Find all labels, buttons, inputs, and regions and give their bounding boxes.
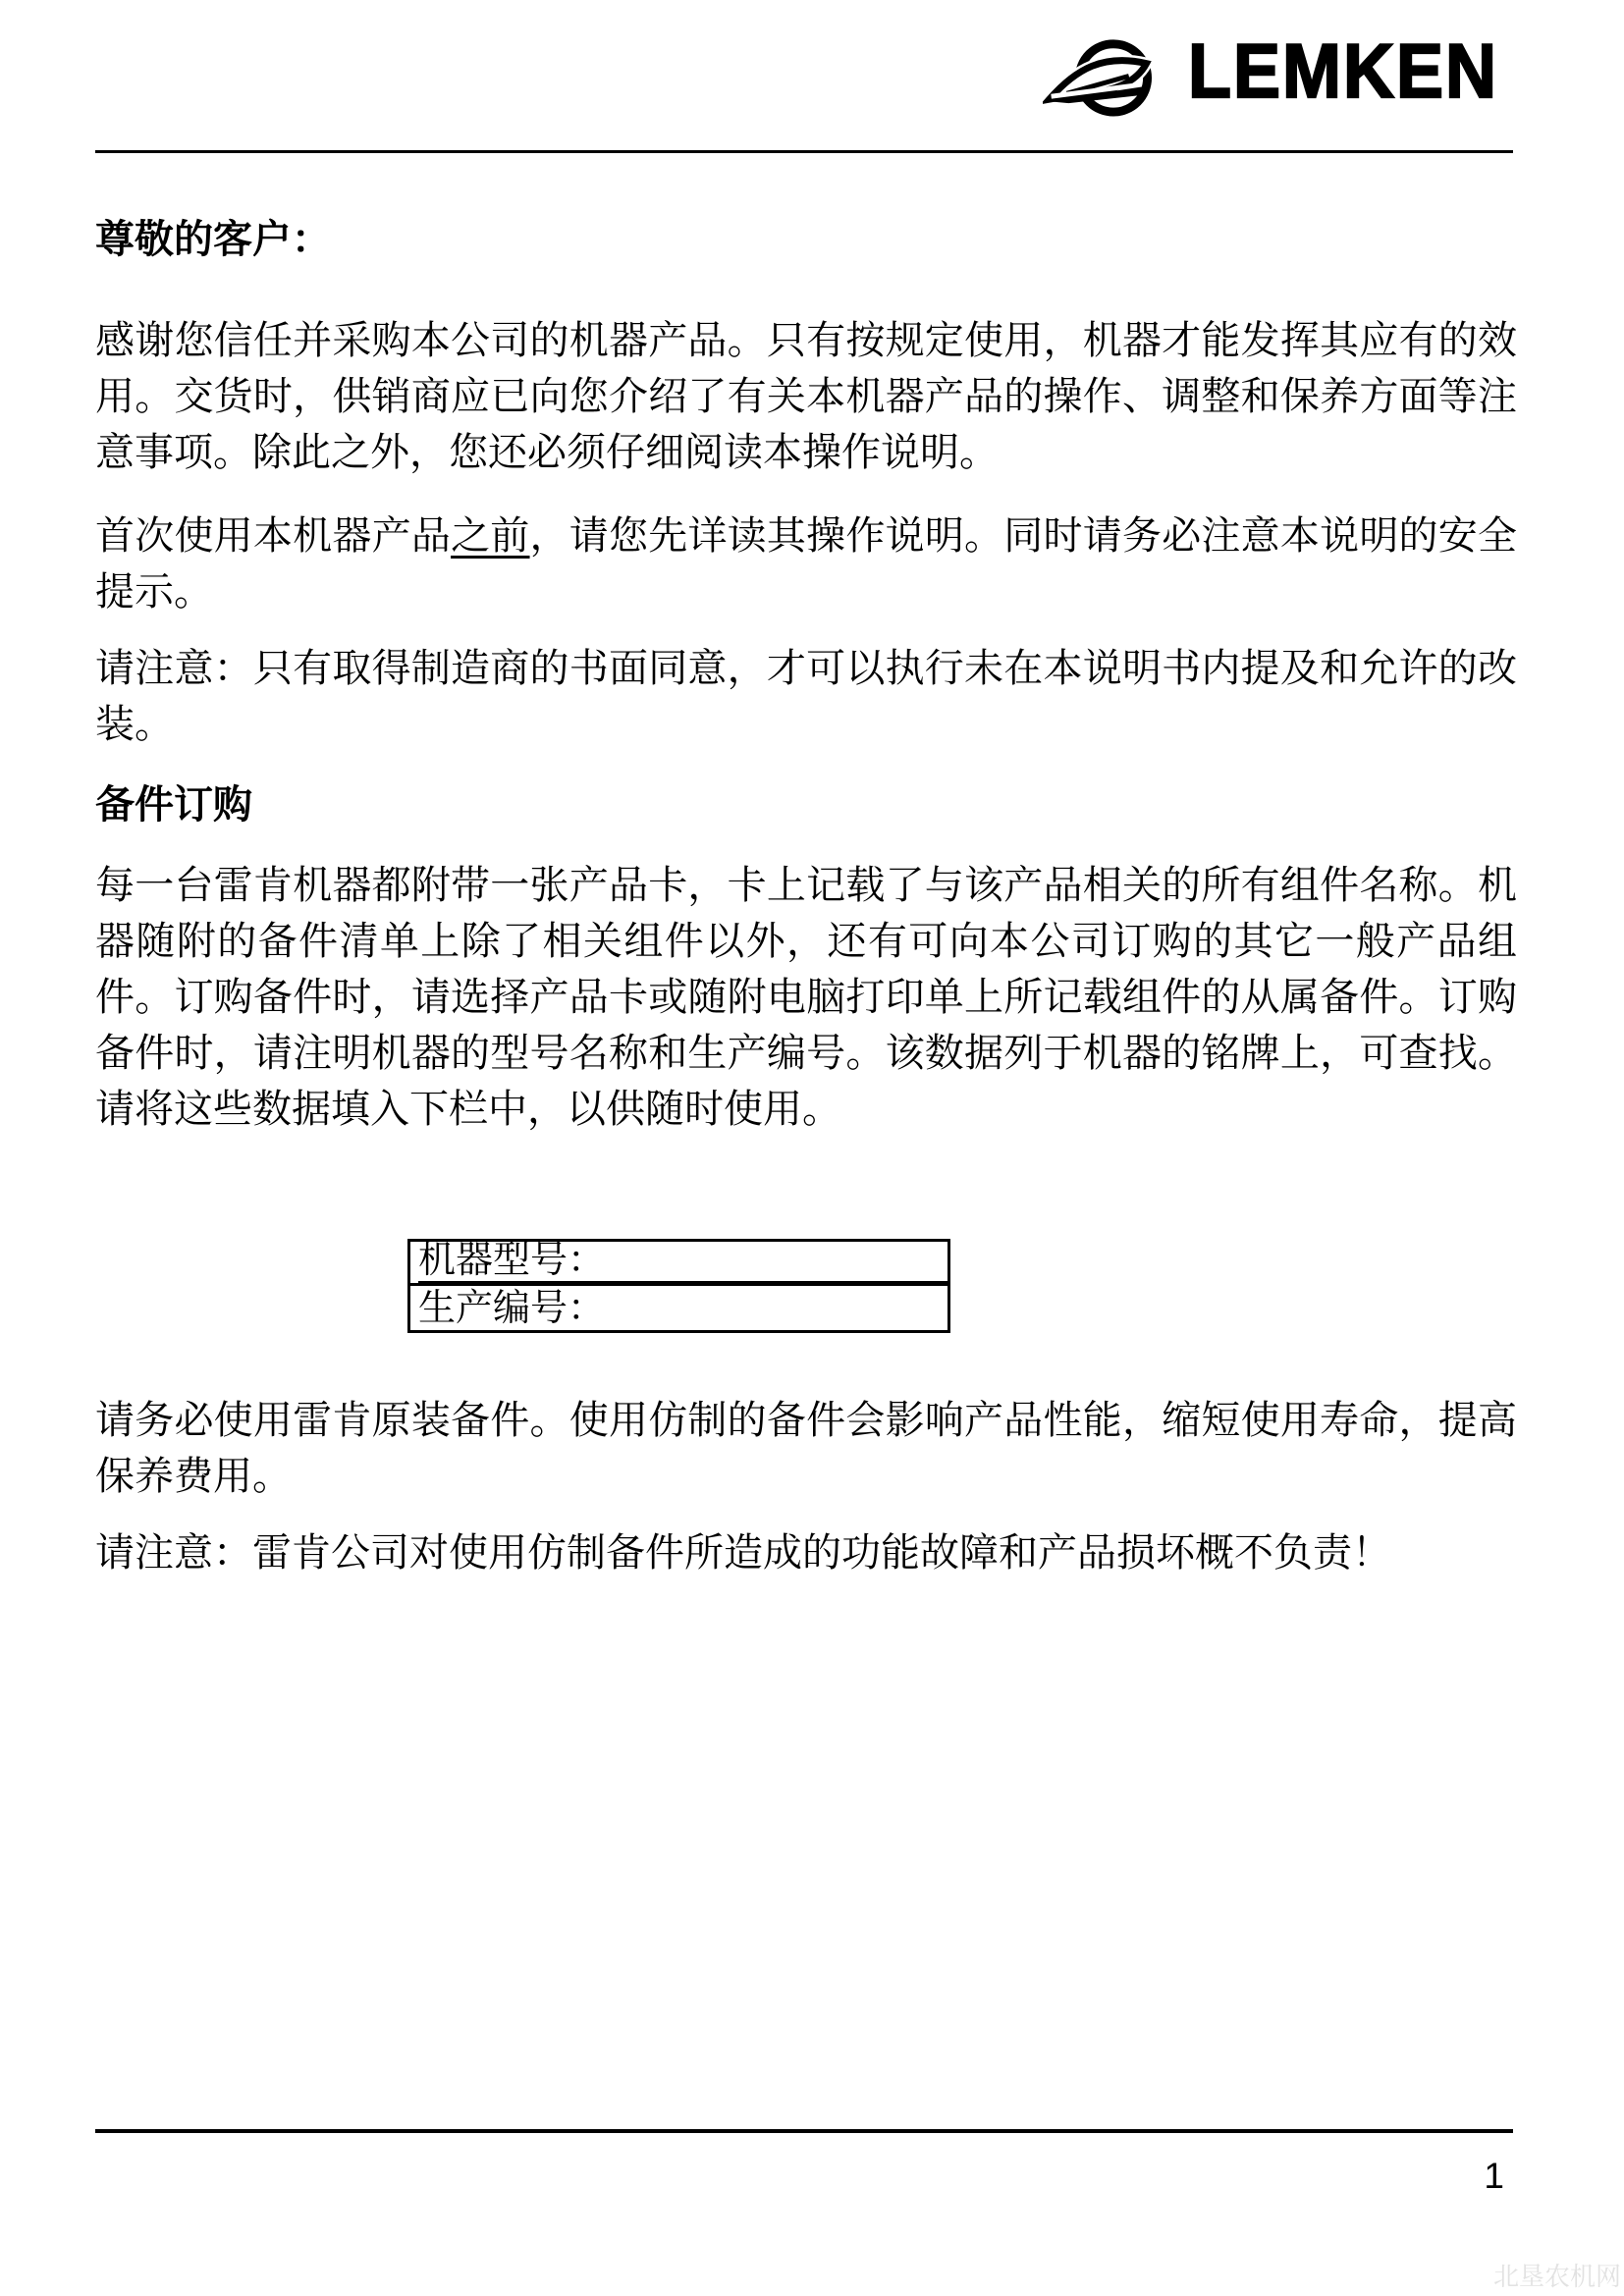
first-use-text-before: 首次使用本机器产品 [95, 513, 451, 558]
manual-page: LEMKEN 尊敬的客户： 感谢您信任并采购本公司的机器产品。只有按规定使用，机… [0, 0, 1624, 2296]
spare-parts-heading: 备件订购 [95, 783, 252, 827]
machine-type-label: 机器型号： [418, 1240, 605, 1281]
serial-number-label: 生产编号： [418, 1287, 605, 1330]
paragraph-thanks: 感谢您信任并采购本公司的机器产品。只有按规定使用，机器才能发挥其应有的效用。交货… [95, 312, 1517, 480]
machine-data-table: 机器型号： 生产编号： [407, 1239, 950, 1333]
watermark-text: 北垦农机网 [1493, 2264, 1621, 2289]
footer-rule [95, 2129, 1513, 2133]
lemken-plowshare-icon [1043, 26, 1172, 118]
greeting-heading: 尊敬的客户： [95, 218, 331, 261]
paragraph-original-parts: 请务必使用雷肯原装备件。使用仿制的备件会影响产品性能，缩短使用寿命，提高保养费用… [95, 1392, 1517, 1504]
lemken-logo: LEMKEN [1043, 26, 1498, 118]
serial-number-fill-line: 生产编号： [418, 1287, 947, 1330]
machine-type-fill-line: 机器型号： [418, 1240, 947, 1283]
paragraph-spare-parts: 每一台雷肯机器都附带一张产品卡，卡上记载了与该产品相关的所有组件名称。机器随附的… [95, 857, 1517, 1137]
lemken-wordmark: LEMKEN [1188, 33, 1498, 110]
paragraph-modification-notice: 请注意：只有取得制造商的书面同意，才可以执行未在本说明书内提及和允许的改装。 [95, 640, 1517, 752]
header-rule [95, 150, 1513, 153]
paragraph-first-use: 首次使用本机器产品之前，请您先详读其操作说明。同时请务必注意本说明的安全提示。 [95, 507, 1517, 619]
page-number: 1 [1484, 2158, 1504, 2194]
machine-type-row: 机器型号： [410, 1242, 947, 1286]
first-use-underlined-text: 之前 [451, 513, 529, 558]
serial-number-row: 生产编号： [410, 1286, 947, 1330]
paragraph-liability: 请注意：雷肯公司对使用仿制备件所造成的功能故障和产品损坏概不负责！ [95, 1524, 1517, 1580]
